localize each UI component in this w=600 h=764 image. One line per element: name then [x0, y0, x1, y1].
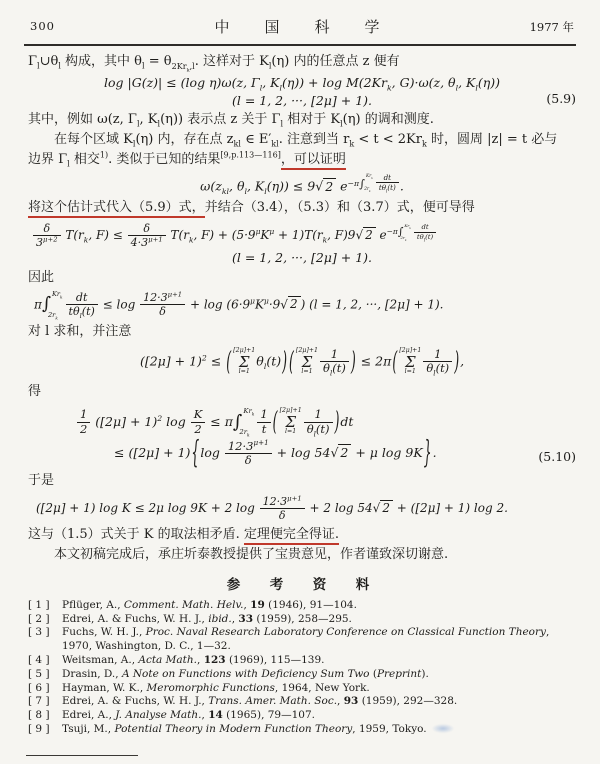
reference-text: Drasin, D., A Note on Functions with Def…	[60, 668, 576, 682]
page-header: 300 中 国 科 学 1977 年	[30, 16, 574, 36]
reference-segment: Acta Math.	[138, 654, 197, 666]
journal-title: 中 国 科 学	[30, 16, 574, 37]
reference-item: [ 8 ] Edrei, A., J. Analyse Math., 14 (1…	[28, 709, 576, 723]
reference-segment: , 1959, Tokyo.	[352, 723, 426, 735]
reference-segment: (1959), 292—328.	[358, 695, 457, 707]
equation-sum-inequality: ([2μ] + 1)2 ≤ ([2μ]+1Σl=1θl(t))([2μ]+1Σl…	[28, 348, 576, 376]
reference-item: [ 9 ] Tsuji, M., Potential Theory in Mod…	[28, 723, 576, 737]
equation-5-10-line1: 12 ([2μ] + 1)2 log K2 ≤ π∫Krk2rk1t([2μ]+…	[76, 408, 576, 437]
reference-item: [ 4 ] Weitsman, A., Acta Math., 123 (196…	[28, 654, 576, 668]
reference-number: [ 4 ]	[28, 654, 60, 668]
equation-tag-5-9: (5.9)	[546, 91, 576, 107]
reference-segment: 14	[208, 709, 223, 721]
equation-omega-estimate: ω(zkl, θl, Kl(η)) ≤ 9√2 e−π∫Krk2rkdttθl(…	[28, 174, 576, 194]
reference-number: [ 7 ]	[28, 695, 60, 709]
reference-segment: Proc. Naval Research Laboratory Conferen…	[146, 626, 546, 638]
reference-segment: , 1964, New York.	[275, 682, 370, 694]
reference-segment: ).	[421, 668, 428, 680]
paragraph-substitute-rest: 并结合（3.4），（5.3）和（3.7）式，便可导得	[205, 200, 475, 215]
word-obtain: 得	[28, 382, 576, 402]
equation-5-10-rhs: ≤ ([2μ] + 1){log 12·3μ+1δ + log 54√2 + μ…	[114, 445, 437, 460]
equation-5-9-line1: log |G(z)| ≤ (log η)ω(z, Γl, Kl(η)) + lo…	[28, 75, 576, 91]
reference-segment: (1946), 91—104.	[265, 599, 357, 611]
paragraph-conclusion: 这与（1.5）式关于 K 的取法相矛盾. 定理便完全得证.	[28, 525, 576, 545]
equation-tag-5-10: (5.10)	[538, 449, 576, 465]
blue-ink-smudge	[432, 724, 454, 733]
paragraph-region-line1: 在每个区域 Kl(η) 内，存在点 zkl ∈ E′kl. 注意到当 rk < …	[28, 130, 576, 150]
equation-5-10-line2: ≤ ([2μ] + 1){log 12·3μ+1δ + log 54√2 + μ…	[114, 441, 576, 467]
reference-segment: (1969), 115—139.	[226, 654, 325, 666]
reference-segment: Fuchs, W. H. J.,	[62, 626, 146, 638]
reference-number: [ 8 ]	[28, 709, 60, 723]
reference-number: [ 1 ]	[28, 599, 60, 613]
reference-text: Hayman, W. K., Meromorphic Functions, 19…	[60, 682, 576, 696]
reference-segment: Edrei, A. & Fuchs, W. H. J.,	[62, 695, 208, 707]
reference-segment: Edrei, A. & Fuchs, W. H. J.,	[62, 613, 208, 625]
reference-segment: ibid.	[208, 613, 232, 625]
reference-number: [ 5 ]	[28, 668, 60, 682]
reference-segment: (	[370, 668, 377, 680]
reference-segment: 33	[238, 613, 253, 625]
reference-segment: Comment. Math. Helv.	[124, 599, 244, 611]
reference-segment: Tsuji, M.,	[62, 723, 114, 735]
equation-integral-bound: π∫Krk2rkdttθl(t) ≤ log 12·3μ+1δ + log (6…	[34, 291, 576, 319]
reference-text: Fuchs, W. H. J., Proc. Naval Research La…	[60, 626, 576, 654]
red-underlined-phrase-keyizhengming: ，可以证明	[281, 152, 346, 170]
red-underlined-phrase-theorem-proved: 定理便完全得证.	[244, 527, 339, 545]
red-underlined-phrase-substitute: 将这个估计式代入（5.9）式，	[28, 200, 205, 218]
reference-segment: Drasin, D.,	[62, 668, 122, 680]
reference-text: Tsuji, M., Potential Theory in Modern Fu…	[60, 723, 576, 737]
header-rule	[24, 44, 576, 46]
reference-segment: Hayman, W. K.,	[62, 682, 147, 694]
reference-segment: 93	[344, 695, 359, 707]
reference-segment: Preprint	[377, 668, 421, 680]
paragraph-acknowledgement: 本文初稿完成后，承庄圻泰教授提供了宝贵意见，作者谨致深切谢意.	[28, 545, 576, 565]
reference-text: Edrei, A., J. Analyse Math., 14 (1965), …	[60, 709, 576, 723]
reference-item: [ 7 ] Edrei, A. & Fuchs, W. H. J., Trans…	[28, 695, 576, 709]
footnote-rule	[26, 755, 138, 756]
reference-item: [ 6 ] Hayman, W. K., Meromorphic Functio…	[28, 682, 576, 696]
reference-text: Edrei, A. & Fuchs, W. H. J., Trans. Amer…	[60, 695, 576, 709]
scanned-journal-page: 300 中 国 科 学 1977 年 Γl∪θl 构成，其中 θl = θ2Kr…	[0, 0, 600, 764]
page-body: Γl∪θl 构成，其中 θl = θ2Krk,l. 这样对于 Kl(η) 内的任…	[28, 52, 576, 737]
reference-segment: 19	[250, 599, 265, 611]
reference-segment: Edrei, A.,	[62, 709, 115, 721]
word-therefore: 因此	[28, 268, 576, 288]
equation-main-condition: (l = 1, 2, ···, [2μ] + 1).	[28, 250, 576, 266]
reference-segment: ,	[337, 695, 344, 707]
reference-item: [ 1 ] Pflüger, A., Comment. Math. Helv.,…	[28, 599, 576, 613]
reference-segment: Meromorphic Functions	[147, 682, 275, 694]
reference-segment: Trans. Amer. Math. Soc.	[208, 695, 337, 707]
reference-segment: 123	[204, 654, 226, 666]
reference-item: [ 3 ] Fuchs, W. H. J., Proc. Naval Resea…	[28, 626, 576, 654]
reference-segment: ,	[197, 654, 204, 666]
year-label: 1977 年	[530, 19, 574, 35]
reference-segment: (1959), 258—295.	[253, 613, 352, 625]
paragraph-conclusion-text: 这与（1.5）式关于 K 的取法相矛盾.	[28, 527, 244, 542]
reference-text: Weitsman, A., Acta Math., 123 (1969), 11…	[60, 654, 576, 668]
reference-segment: Pflüger, A.,	[62, 599, 124, 611]
word-sum-over-l: 对 l 求和，并注意	[28, 322, 576, 342]
reference-segment: Weitsman, A.,	[62, 654, 138, 666]
paragraph-region-line2-text: 边界 Γl 相交1). 类似于已知的结果[9,p.113—116]	[28, 152, 281, 167]
paragraph-substitute: 将这个估计式代入（5.9）式，并结合（3.4），（5.3）和（3.7）式，便可导…	[28, 198, 576, 218]
reference-number: [ 6 ]	[28, 682, 60, 696]
equation-5-9-line2: (l = 1, 2, ···, [2μ] + 1). (5.9)	[28, 93, 576, 109]
reference-text: Edrei, A. & Fuchs, W. H. J., ibid., 33 (…	[60, 613, 576, 627]
reference-segment: A Note on Functions with Deficiency Sum …	[122, 668, 370, 680]
reference-item: [ 2 ] Edrei, A. & Fuchs, W. H. J., ibid.…	[28, 613, 576, 627]
references-list: [ 1 ] Pflüger, A., Comment. Math. Helv.,…	[28, 599, 576, 737]
paragraph-omega-description: 其中，例如 ω(z, Γl, Kl(η)) 表示点 z 关于 Γl 相对于 Kl…	[28, 110, 576, 130]
reference-segment: Potential Theory in Modern Function Theo…	[114, 723, 352, 735]
reference-number: [ 9 ]	[28, 723, 60, 737]
reference-number: [ 3 ]	[28, 626, 60, 654]
equation-final-contradiction: ([2μ] + 1) log K ≤ 2μ log 9K + 2 log 12·…	[36, 496, 576, 521]
references-heading: 参 考 资 料	[28, 573, 576, 593]
reference-number: [ 2 ]	[28, 613, 60, 627]
reference-segment: (1965), 79—107.	[223, 709, 315, 721]
paragraph-region-line2: 边界 Γl 相交1). 类似于已知的结果[9,p.113—116]，可以证明	[28, 150, 576, 170]
equation-5-9-condition: (l = 1, 2, ···, [2μ] + 1).	[232, 93, 372, 108]
reference-segment: J. Analyse Math.	[115, 709, 201, 721]
reference-item: [ 5 ] Drasin, D., A Note on Functions wi…	[28, 668, 576, 682]
word-thus: 于是	[28, 471, 576, 491]
paragraph-continuation: Γl∪θl 构成，其中 θl = θ2Krk,l. 这样对于 Kl(η) 内的任…	[28, 52, 576, 72]
reference-text: Pflüger, A., Comment. Math. Helv., 19 (1…	[60, 599, 576, 613]
equation-main-estimate: δ3μ+2 T(rk, F) ≤ δ4·3μ+1 T(rk, F) + (5·9…	[32, 223, 576, 248]
